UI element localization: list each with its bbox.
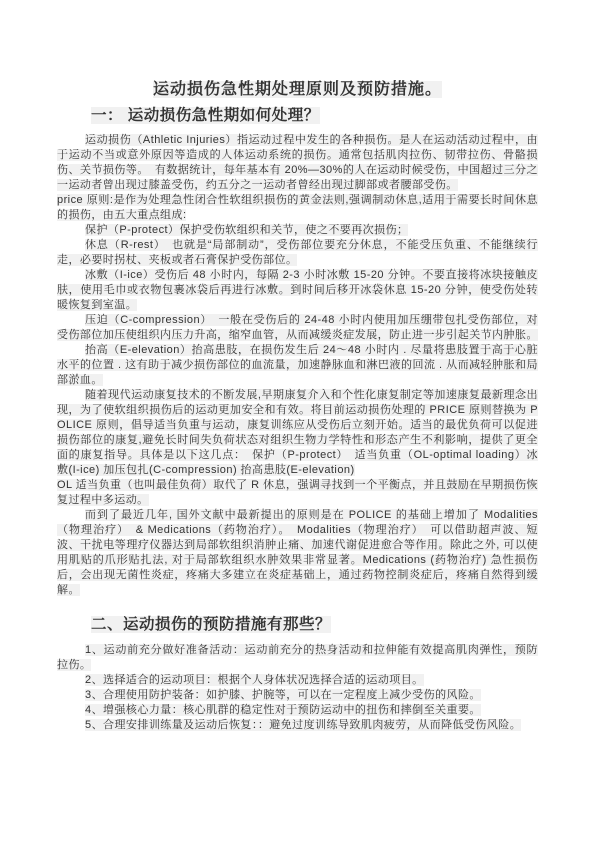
paragraph: OL 适当负重（也叫最佳负荷）取代了 R 休息，强调寻找到一个平衡点，并且鼓励在… (57, 478, 538, 508)
list-item-text: 2、选择适合的运动项目：根据个人身体状况选择合适的运动项目。 (85, 674, 424, 686)
paragraph-text: 休息（R-rest） 也就是“局部制动”，受伤部位要充分休息，不能受压负重、不能… (57, 239, 538, 266)
paragraph-text: 保护（P-protect）保护受伤软组织和关节，使之不要再次损伤； (85, 224, 408, 236)
list-item-text: 3、合理使用防护装备：如护膝、护腕等，可以在一定程度上减少受伤的风险。 (85, 689, 481, 701)
paragraph: 压迫（C-compression） 一般在受伤后的 24-48 小时内使用加压绷… (57, 313, 538, 343)
list-item: 5、合理安排训练量及运动后恢复：：避免过度训练导致肌肉疲劳，从而降低受伤风险。 (57, 718, 538, 733)
paragraph-text: 而到了最近几年, 国外文献中最新提出的原则是在 POLICE 的基础上增加了 M… (57, 509, 538, 596)
paragraph: 而到了最近几年, 国外文献中最新提出的原则是在 POLICE 的基础上增加了 M… (57, 508, 538, 598)
paragraph-text: 抬高（E-elevation）抬高患肢，在损伤发生后 24～48 小时内 . 尽… (57, 344, 538, 386)
section-1-heading: 一： 运动损伤急性期如何处理？ (91, 105, 538, 127)
paragraph: 保护（P-protect）保护受伤软组织和关节，使之不要再次损伤； (57, 223, 538, 238)
list-item: 2、选择适合的运动项目：根据个人身体状况选择合适的运动项目。 (57, 673, 538, 688)
document-title: 运动损伤急性期处理原则及预防措施。 (57, 78, 538, 101)
paragraph-text: 运动损伤（Athletic Injuries）指运动过程中发生的各种损伤。是人在… (57, 134, 538, 191)
paragraph-text: price 原则:是作为处理急性闭合性软组织损伤的黄金法则,强调制动休息,适用于… (57, 194, 538, 221)
paragraph-text: 随着现代运动康复技术的不断发展,早期康复介入和个性化康复制定等加速康复最新理念出… (57, 389, 538, 476)
section-1-heading-text: 一： 运动损伤急性期如何处理？ (91, 107, 320, 124)
document-title-text: 运动损伤急性期处理原则及预防措施。 (153, 81, 442, 98)
section-2-heading: 二、运动损伤的预防措施有那些？ (91, 614, 538, 636)
paragraph-text: OL 适当负重（也叫最佳负荷）取代了 R 休息，强调寻找到一个平衡点，并且鼓励在… (57, 479, 538, 506)
document-content: 运动损伤急性期处理原则及预防措施。 一： 运动损伤急性期如何处理？ 运动损伤（A… (57, 78, 538, 733)
document-page: 运动损伤急性期处理原则及预防措施。 一： 运动损伤急性期如何处理？ 运动损伤（A… (0, 0, 595, 841)
paragraph: price 原则:是作为处理急性闭合性软组织损伤的黄金法则,强调制动休息,适用于… (57, 193, 538, 223)
section-2-heading-text: 二、运动损伤的预防措施有那些？ (91, 616, 331, 633)
list-item: 1、运动前充分做好准备活动：运动前充分的热身活动和拉伸能有效提高肌肉弹性，预防拉… (57, 643, 538, 673)
paragraph: 冰敷（I-ice）受伤后 48 小时内，每隔 2-3 小时冰敷 15-20 分钟… (57, 268, 538, 313)
paragraph: 休息（R-rest） 也就是“局部制动”，受伤部位要充分休息，不能受压负重、不能… (57, 238, 538, 268)
paragraph-text: 冰敷（I-ice）受伤后 48 小时内，每隔 2-3 小时冰敷 15-20 分钟… (57, 269, 538, 311)
list-item: 4、增强核心力量：核心肌群的稳定性对于预防运动中的扭伤和摔倒至关重要。 (57, 703, 538, 718)
list-item-text: 1、运动前充分做好准备活动：运动前充分的热身活动和拉伸能有效提高肌肉弹性，预防拉… (57, 644, 538, 671)
paragraph: 运动损伤（Athletic Injuries）指运动过程中发生的各种损伤。是人在… (57, 133, 538, 193)
list-item-text: 5、合理安排训练量及运动后恢复：：避免过度训练导致肌肉疲劳，从而降低受伤风险。 (85, 719, 521, 731)
paragraph-text: 压迫（C-compression） 一般在受伤后的 24-48 小时内使用加压绷… (57, 314, 538, 341)
paragraph: 随着现代运动康复技术的不断发展,早期康复介入和个性化康复制定等加速康复最新理念出… (57, 388, 538, 478)
paragraph: 抬高（E-elevation）抬高患肢，在损伤发生后 24～48 小时内 . 尽… (57, 343, 538, 388)
list-item: 3、合理使用防护装备：如护膝、护腕等，可以在一定程度上减少受伤的风险。 (57, 688, 538, 703)
list-item-text: 4、增强核心力量：核心肌群的稳定性对于预防运动中的扭伤和摔倒至关重要。 (85, 704, 481, 716)
